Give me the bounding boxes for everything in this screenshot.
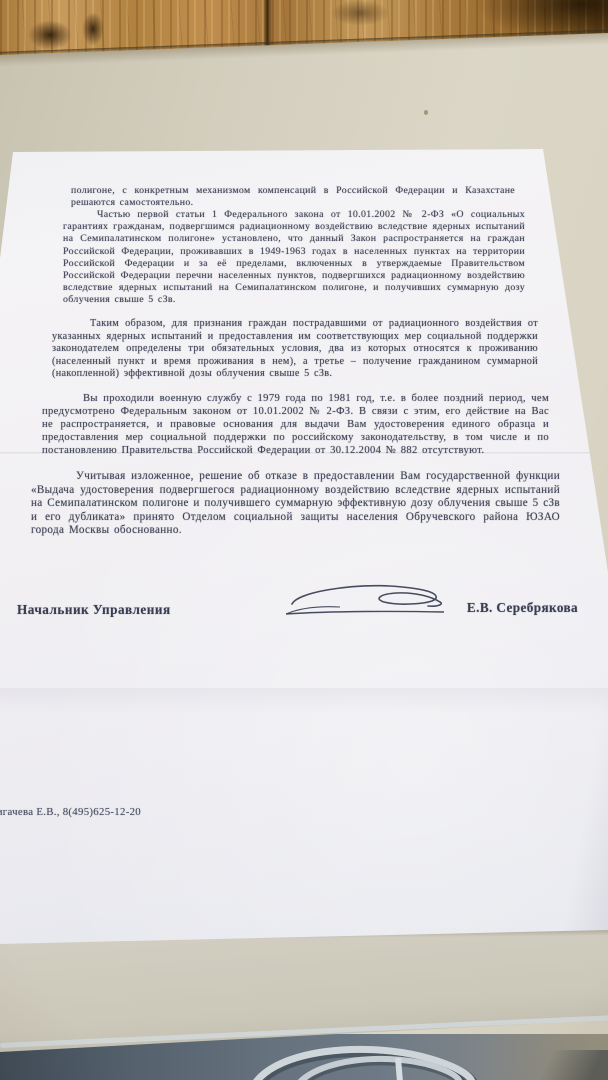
paper-edge-shade	[0, 0, 608, 1080]
signature-name: Е.В. Серебрякова	[436, 600, 578, 616]
signature-scribble	[280, 580, 450, 622]
wood-knot	[28, 20, 72, 50]
letter-paragraph: Учитывая изложенное, решение об отказе в…	[31, 470, 560, 538]
letter-paragraph: Таким образом, для признания граждан пос…	[52, 318, 538, 381]
footer-contact: лигачева Е.В., 8(495)625-12-20	[0, 806, 141, 818]
wood-knot	[330, 0, 390, 26]
letter-paragraph: Вы проходили военную службу с 1979 года …	[42, 393, 549, 458]
paper-document	[0, 0, 608, 1080]
wood-knot	[82, 12, 104, 46]
power-cable	[230, 1036, 500, 1080]
paper-crease	[0, 688, 608, 714]
corner-shadow	[498, 1050, 608, 1080]
photo-of-document: полигоне, с конкретным механизмом компен…	[0, 0, 608, 1080]
signature-title: Начальник Управления	[17, 602, 171, 618]
letter-paragraph: полигоне, с конкретным механизмом компен…	[71, 185, 515, 209]
table-speck	[424, 110, 428, 115]
letter-paragraph: Частью первой статьи 1 Федерального зако…	[63, 209, 525, 307]
